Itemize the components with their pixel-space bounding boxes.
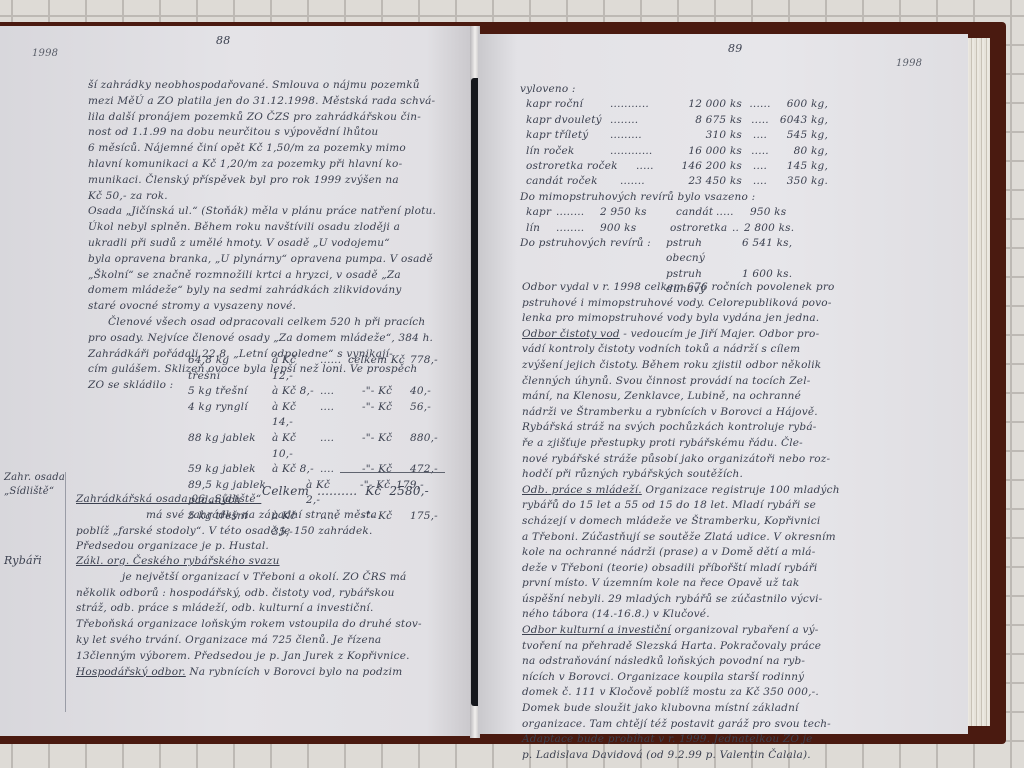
salmonid-row: Do pstruhových revírů :pstruh obecný6 54…	[520, 236, 828, 267]
margin-note-rybari: Rybáři	[4, 554, 42, 568]
section-heading: Odbor kulturní a investiční	[522, 624, 671, 636]
right-page: 89 1998 vyloveno : kapr roční...........…	[478, 34, 968, 734]
text-line: lenka pro mimopstruhové vody byla vydána…	[522, 311, 840, 327]
text-line: je největší organizací v Třeboni a okolí…	[76, 570, 422, 586]
text-line: vádí kontroly čistoty vodních toků a nád…	[522, 342, 840, 358]
section-heading: Zákl. org. Českého rybářského svazu	[76, 554, 422, 570]
left-page-number: 88	[216, 34, 230, 47]
harvest-row: 5 kg třešníà Kč 8,-....-"- Kč40,-	[188, 384, 458, 400]
text-line: ukradli při sudů z umělé hmoty. V osadě …	[88, 236, 436, 252]
text-line: členných úhynů. Svou činnost provádí na …	[522, 374, 840, 390]
text-line: ší zahrádky neobhospodařované. Smlouva o…	[88, 78, 436, 94]
text-line: a Třeboni. Zúčastňují se soutěže Zlatá u…	[522, 530, 840, 546]
text-line: Členové všech osad odpracovali celkem 52…	[88, 315, 436, 331]
section-rybari: Zákl. org. Českého rybářského svazu je n…	[76, 554, 422, 680]
text-line: „Školní“ se značně rozmnožili krtci a hr…	[88, 268, 436, 284]
text-line: pstruhové i mimopstruhové vody. Celorepu…	[522, 296, 840, 312]
section-heading: Odbor čistoty vod	[522, 328, 620, 340]
text-line: tvoření na přehradě Slezská Harta. Pokra…	[522, 639, 840, 655]
left-page: 1998 88 ší zahrádky neobhospodařované. S…	[0, 26, 474, 736]
text-line: úspěšní nebyli. 29 mladých rybářů se zúč…	[522, 592, 840, 608]
catch-row: ostroretka roček.....146 200 ks....145 k…	[520, 159, 828, 174]
text-line: Rybářská stráž na svých pochůzkách kontr…	[522, 420, 840, 436]
text-line: munikaci. Členský příspěvek byl pro rok …	[88, 173, 436, 189]
right-year: 1998	[896, 58, 922, 69]
stocking-row: lín........900 ksostroretka..2 800 ks.	[520, 221, 828, 236]
text-line: Kč 50,- za rok.	[88, 189, 436, 205]
text-line: nádrži ve Štramberku a rybnících v Borov…	[522, 405, 840, 421]
text-line: Adaptace bude probíhat v r. 1999. Jednat…	[522, 732, 840, 748]
margin-note-sidliste: Zahr. osada „Sídliště“	[4, 471, 65, 499]
harvest-row: 64,8 kg třešníà Kč 12,-......celkem Kč77…	[188, 353, 458, 384]
text-line: mání, na Klenosu, Zenklavce, Lubině, na …	[522, 389, 840, 405]
text-line: ného tábora (14.-16.8.) v Klučové.	[522, 607, 840, 623]
right-page-number: 89	[728, 42, 742, 55]
text-line: na odstraňování následků loňských povodn…	[522, 654, 840, 670]
text-line: Odbor kulturní a investiční organizoval …	[522, 623, 840, 639]
text-line: ře a zjišťuje přestupky proti rybářskému…	[522, 436, 840, 452]
text-line: organizace. Tam chtějí též postavit gará…	[522, 717, 840, 733]
catch-row: lín roček............16 000 ks.....80 kg…	[520, 144, 828, 159]
text-line: Odb. práce s mládeží. Organizace registr…	[522, 483, 840, 499]
stocking-row: kapr........2 950 kscandát.....950 ks	[520, 205, 828, 220]
catch-intro: vyloveno :	[520, 82, 828, 97]
sum-rule	[340, 472, 445, 473]
text-line: kole na ochranné nádrži (prase) a v Domě…	[522, 545, 840, 561]
text-line: Třeboňská organizace loňským rokem vstou…	[76, 617, 422, 633]
text-line: poblíž „farské stodoly“. V této osadě je…	[76, 524, 377, 540]
text-line: ky let svého trvání. Organizace má 725 č…	[76, 633, 422, 649]
left-year: 1998	[32, 48, 58, 59]
catch-row: kapr dvouletý........8 675 ks.....6043 k…	[520, 113, 828, 128]
text-line: nících v Borovci. Organizace koupila sta…	[522, 670, 840, 686]
margin-rule	[65, 472, 66, 712]
text-line: 6 měsíců. Nájemné činí opět Kč 1,50/m za…	[88, 141, 436, 157]
text-line: první místo. V územním kole na řece Opav…	[522, 576, 840, 592]
text-line: lila další pronájem pozemků ZO ČZS pro z…	[88, 110, 436, 126]
catch-row: kapr tříletý.........310 ks....545 kg,	[520, 128, 828, 143]
text-line: pro osady. Nejvíce členové osady „Za dom…	[88, 331, 436, 347]
text-line: Odbor vydal v r. 1998 celkem 676 ročních…	[522, 280, 840, 296]
text-line: Osada „Jičínská ul.“ (Stoňák) měla v plá…	[88, 204, 436, 220]
harvest-row: 88 kg jablekà Kč 10,-....-"- Kč880,-	[188, 431, 458, 462]
text-line: deže v Třeboni (teorie) obsadili příbořš…	[522, 561, 840, 577]
text-line: má své zahrádky na západní straně města	[76, 508, 377, 524]
text-line: byla opravena branka, „U plynárny“ oprav…	[88, 252, 436, 268]
text-line: Předsedou organizace je p. Hustal.	[76, 539, 377, 555]
text-line: zvýšení jejich čistoty. Během roku zjist…	[522, 358, 840, 374]
catch-row: kapr roční...........12 000 ks......600 …	[520, 97, 828, 112]
text-line: scházejí v domech mládeže ve Štramberku,…	[522, 514, 840, 530]
text-line: mezi MěÚ a ZO platila jen do 31.12.1998.…	[88, 94, 436, 110]
section-sidliste: Zahrádkářská osada 06 „Sídliště“ má své …	[76, 492, 377, 555]
left-body-text: ší zahrádky neobhospodařované. Smlouva o…	[88, 78, 436, 394]
text-line: rybářů do 15 let a 55 od 15 do 18 let. M…	[522, 498, 840, 514]
text-line: Úkol nebyl splněn. Během roku navštívili…	[88, 220, 436, 236]
text-line: staré ovocné stromy a vysazeny nové.	[88, 299, 436, 315]
text-line: p. Ladislava Davidová (od 9.2.99 p. Vale…	[522, 748, 840, 764]
text-line: 13členným výborem. Předsedou je p. Jan J…	[76, 649, 422, 665]
text-line: nost od 1.1.99 na dobu neurčitou s výpov…	[88, 125, 436, 141]
catch-section: vyloveno : kapr roční...........12 000 k…	[520, 82, 828, 298]
text-line: stráž, odb. práce s mládeží, odb. kultur…	[76, 601, 422, 617]
right-body-text: Odbor vydal v r. 1998 celkem 676 ročních…	[522, 280, 840, 763]
harvest-row: 59 kg jablekà Kč 8,-....-"- Kč472,-	[188, 462, 458, 478]
catch-row: candát roček.......23 450 ks....350 kg.	[520, 174, 828, 189]
text-line: domek č. 111 v Kločově poblíž mostu za K…	[522, 685, 840, 701]
text-line: Hospodářský odbor. Na rybnících v Borovc…	[76, 665, 422, 681]
text-line: nové rybářské stráže působí jako organiz…	[522, 452, 840, 468]
text-line: Domek bude sloužit jako klubovna místní …	[522, 701, 840, 717]
harvest-row: 4 kg rynglíà Kč 14,-....-"- Kč56,-	[188, 400, 458, 431]
text-line: Odbor čistoty vod - vedoucím je Jiří Maj…	[522, 327, 840, 343]
section-heading: Odb. práce s mládeží.	[522, 484, 642, 496]
text-line: hodčí při různých rybářských soutěžích.	[522, 467, 840, 483]
text-line: domem mládeže“ byly na sedmi zahrádkách …	[88, 283, 436, 299]
text-line: hlavní komunikaci a Kč 1,20/m za pozemky…	[88, 157, 436, 173]
nonsalmonid-intro: Do mimopstruhových revírů bylo vsazeno :	[520, 190, 828, 205]
section-heading: Zahrádkářská osada 06 „Sídliště“	[76, 492, 377, 508]
text-line: několik odborů : hospodářský, odb. čisto…	[76, 586, 422, 602]
